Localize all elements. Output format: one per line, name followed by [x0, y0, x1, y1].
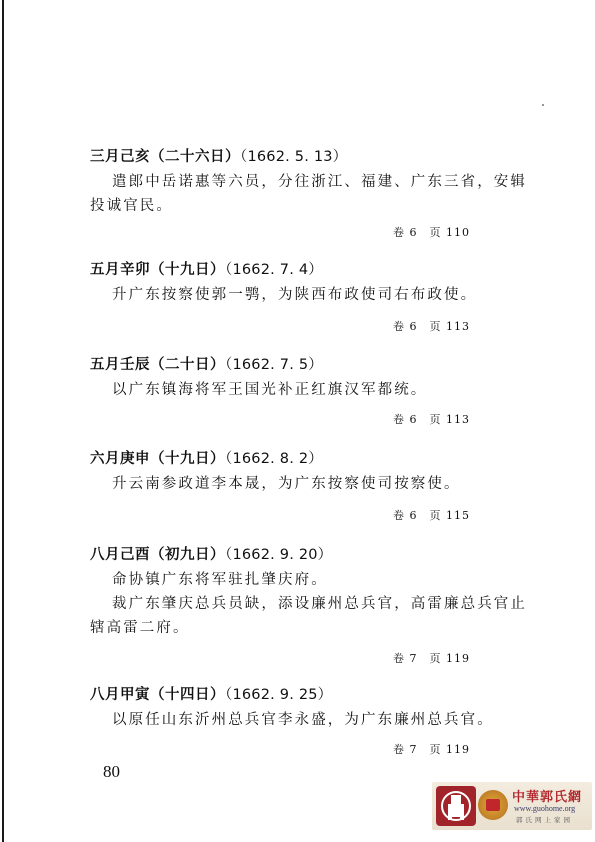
citation: 卷 6 页 113: [393, 318, 470, 334]
watermark-slogan: 郭氏网上家园: [516, 815, 573, 824]
heading-date: （1662. 9. 20）: [225, 547, 332, 563]
citation: 卷 7 页 119: [393, 741, 470, 757]
entry-heading: 五月辛卯（十九日）（1662. 7. 4）: [90, 260, 530, 280]
entry-paragraph: 以广东镇海将军王国光补正红旗汉军都统。: [90, 378, 530, 402]
heading-date: （1662. 8. 2）: [225, 451, 323, 467]
citation: 卷 7 页 119: [393, 650, 470, 666]
heading-date: （1662. 9. 25）: [225, 687, 332, 703]
heading-ganzhi: 六月庚申（十九日）: [90, 451, 225, 467]
watermark-url: www.guohome.org: [514, 804, 575, 813]
guo-seal-icon: [478, 790, 508, 820]
entry-paragraph: 升云南参政道李本晟，为广东按察使司按察使。: [90, 472, 530, 496]
entry-heading: 八月己酉（初九日）（1662. 9. 20）: [90, 545, 530, 565]
heading-date: （1662. 7. 5）: [225, 357, 323, 373]
heading-date: （1662. 7. 4）: [225, 262, 323, 278]
citation: 卷 6 页 113: [393, 411, 470, 427]
entry-paragraph: 裁广东肇庆总兵员缺，添设廉州总兵官，高雷廉总兵官止辖高雷二府。: [90, 592, 530, 640]
entry-6: 八月甲寅（十四日）（1662. 9. 25） 以原任山东沂州总兵官李永盛，为广东…: [90, 685, 530, 732]
seal-center-icon: [486, 799, 500, 811]
heading-ganzhi: 八月己酉（初九日）: [90, 547, 225, 563]
entry-3: 五月壬辰（二十日）（1662. 7. 5） 以广东镇海将军王国光补正红旗汉军都统…: [90, 355, 530, 402]
entry-heading: 八月甲寅（十四日）（1662. 9. 25）: [90, 685, 530, 705]
page-number: 80: [103, 762, 120, 782]
entry-heading: 六月庚申（十九日）（1662. 8. 2）: [90, 449, 530, 469]
entry-1: 三月己亥（二十六日）（1662. 5. 13） 遣郎中岳诺惠等六员，分往浙江、福…: [90, 147, 530, 218]
entry-2: 五月辛卯（十九日）（1662. 7. 4） 升广东按察使郭一鹗，为陕西布政使司右…: [90, 260, 530, 307]
heading-ganzhi: 八月甲寅（十四日）: [90, 687, 225, 703]
scan-speck: [542, 104, 544, 106]
entry-paragraph: 遣郎中岳诺惠等六员，分往浙江、福建、广东三省，安辑投诚官民。: [90, 170, 530, 218]
entry-5: 八月己酉（初九日）（1662. 9. 20） 命协镇广东将军驻扎肇庆府。 裁广东…: [90, 545, 530, 640]
site-watermark: 中華郭氏網 www.guohome.org 郭氏网上家园: [432, 782, 592, 830]
heading-ganzhi: 三月己亥（二十六日）: [90, 149, 240, 165]
entry-heading: 三月己亥（二十六日）（1662. 5. 13）: [90, 147, 530, 167]
entry-paragraph: 以原任山东沂州总兵官李永盛，为广东廉州总兵官。: [90, 708, 530, 732]
entry-heading: 五月壬辰（二十日）（1662. 7. 5）: [90, 355, 530, 375]
entry-paragraph: 命协镇广东将军驻扎肇庆府。: [90, 568, 530, 592]
watermark-title: 中華郭氏網: [512, 786, 582, 805]
heading-ganzhi: 五月壬辰（二十日）: [90, 357, 225, 373]
knot-emblem-icon: [436, 786, 476, 826]
heading-date: （1662. 5. 13）: [240, 149, 347, 165]
heading-ganzhi: 五月辛卯（十九日）: [90, 262, 225, 278]
entry-paragraph: 升广东按察使郭一鹗，为陕西布政使司右布政使。: [90, 283, 530, 307]
citation: 卷 6 页 115: [393, 507, 470, 523]
page-edge-rule: [2, 0, 4, 842]
citation: 卷 6 页 110: [393, 224, 470, 240]
entry-4: 六月庚申（十九日）（1662. 8. 2） 升云南参政道李本晟，为广东按察使司按…: [90, 449, 530, 496]
